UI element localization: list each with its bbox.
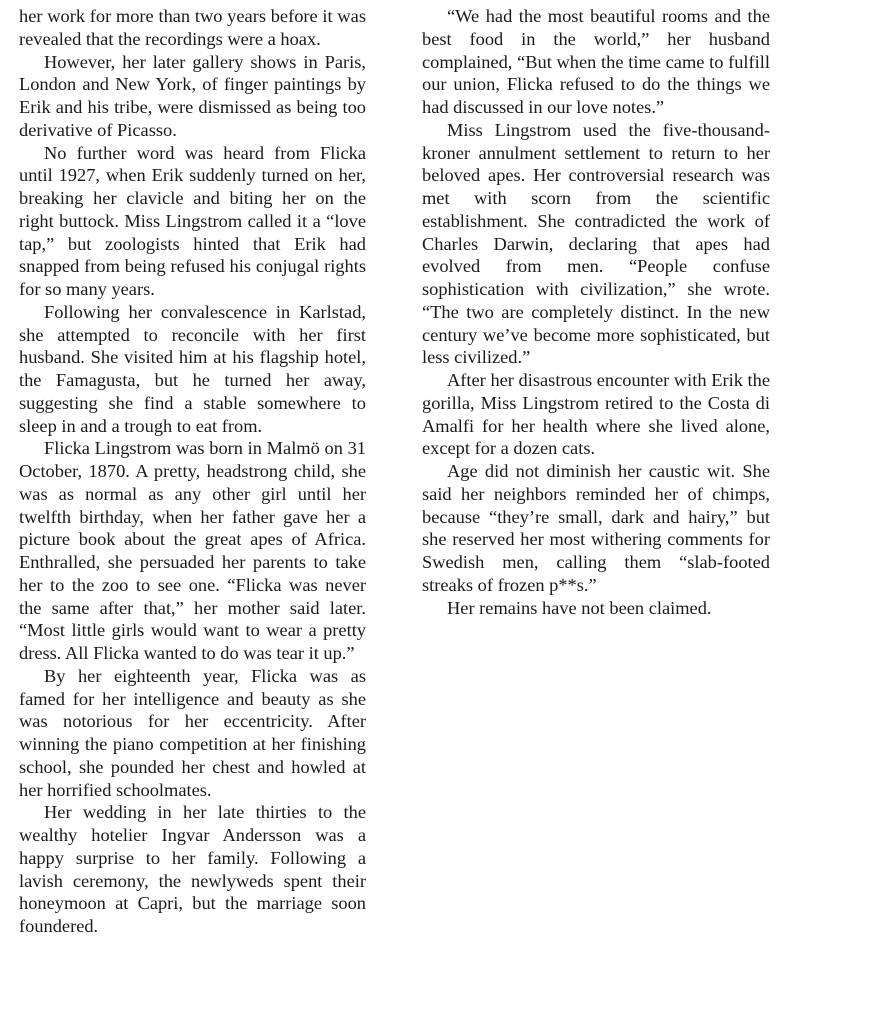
paragraph-retirement: After her disastrous encounter with Erik…: [422, 369, 770, 460]
paragraph-eighteenth-year: By her eighteenth year, Flicka was as fa…: [19, 665, 366, 802]
paragraph-birth-childhood: Flicka Lingstrom was born in Malmö on 31…: [19, 437, 366, 665]
paragraph-erik-attack: No further word was heard from Flicka un…: [19, 142, 366, 301]
paragraph-annulment-research: Miss Lingstrom used the five-thousand-kr…: [422, 119, 770, 369]
paragraph-husband-quote: “We had the most beautiful rooms and the…: [422, 5, 770, 119]
text-column-left: her work for more than two years before …: [19, 5, 366, 938]
paragraph-convalescence: Following her convalescence in Karlstad,…: [19, 301, 366, 438]
paragraph-caustic-wit: Age did not diminish her caustic wit. Sh…: [422, 460, 770, 597]
paragraph-remains: Her remains have not been claimed.: [422, 597, 770, 620]
text-column-right: “We had the most beautiful rooms and the…: [422, 5, 770, 619]
paragraph-wedding: Her wedding in her late thirties to the …: [19, 801, 366, 938]
paragraph-gallery-shows: However, her later gallery shows in Pari…: [19, 51, 366, 142]
paragraph-hoax-continued: her work for more than two years before …: [19, 5, 366, 51]
